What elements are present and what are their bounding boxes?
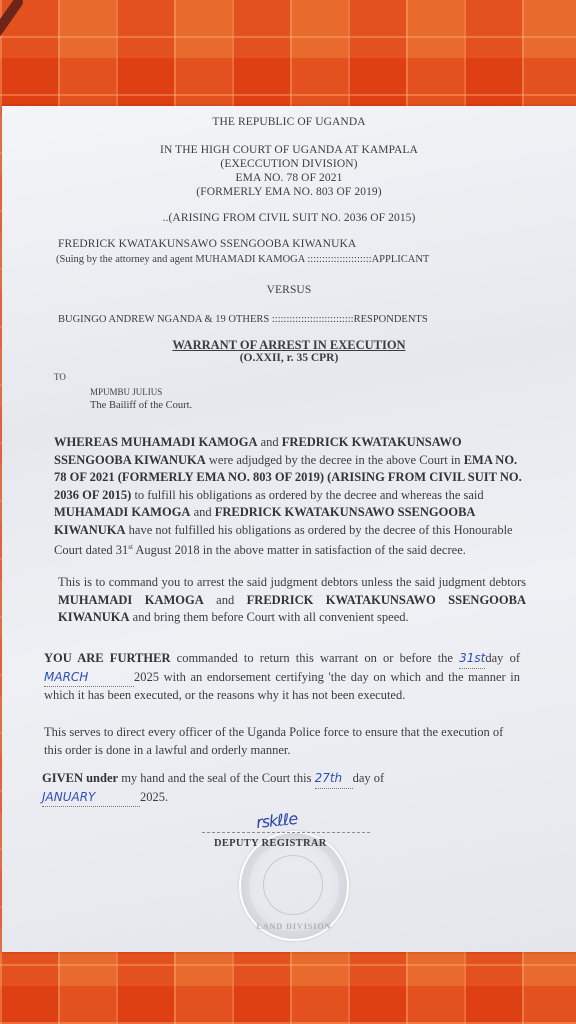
court-heading: IN THE HIGH COURT OF UGANDA AT KAMPALA: [2, 144, 576, 156]
warrant-title: WARRANT OF ARREST IN EXECUTION: [2, 338, 576, 353]
given-bold: GIVEN under: [42, 771, 118, 785]
given-under-paragraph: GIVEN under my hand and the seal of the …: [42, 770, 522, 807]
text: to fulfill his obligations as ordered by…: [131, 488, 483, 502]
text: were adjudged by the decree in the above…: [206, 453, 464, 467]
arising-from: ..(ARISING FROM CIVIL SUIT NO. 2036 OF 2…: [2, 212, 576, 224]
seal-text: LAND DIVISION: [241, 922, 347, 931]
text: commanded to return this warrant on or b…: [170, 651, 459, 665]
bailiff-name: MPUMBU JULIUS: [90, 387, 162, 397]
text: and: [204, 593, 247, 607]
bailiff-role: The Bailiff of the Court.: [90, 400, 192, 411]
police-directive: This serves to direct every officer of t…: [44, 724, 524, 759]
command-paragraph: This is to command you to arrest the sai…: [58, 574, 526, 627]
text: my hand and the seal of the Court this: [118, 771, 315, 785]
text: 2025.: [140, 790, 168, 804]
respondents-line: BUGINGO ANDREW NGANDA & 19 OTHERS ::::::…: [58, 314, 428, 325]
applicant-name: FREDRICK KWATAKUNSAWO SSENGOOBA KIWANUKA: [58, 238, 356, 250]
text: and: [190, 505, 214, 519]
signature-line: [202, 832, 370, 833]
warrant-document: THE REPUBLIC OF UGANDA IN THE HIGH COURT…: [2, 106, 576, 952]
ema-number: EMA NO. 78 OF 2021: [2, 172, 576, 184]
formerly-ema: (FORMERLY EMA NO. 803 OF 2019): [2, 186, 576, 198]
text: This is to command you to arrest the sai…: [58, 575, 526, 589]
judgment-debtor-1: MUHAMADI KAMOGA: [58, 593, 204, 607]
versus-label: VERSUS: [2, 284, 576, 296]
judgment-debtor-1: MUHAMADI KAMOGA: [54, 505, 190, 519]
text: and bring them before Court with all con…: [130, 610, 409, 624]
whereas-paragraph: WHEREAS MUHAMADI KAMOGA and FREDRICK KWA…: [54, 434, 524, 560]
handwritten-return-month: MARCH: [44, 670, 88, 684]
applicant-suing-line: (Suing by the attorney and agent MUHAMAD…: [56, 254, 429, 265]
text: day of: [353, 771, 385, 785]
text: day of: [485, 651, 520, 665]
registrar-signature: rskℓℓe: [255, 809, 298, 832]
text: and: [257, 435, 281, 449]
warrant-subtitle: (O.XXII, r. 35 CPR): [2, 352, 576, 364]
handwritten-return-day: 31st: [459, 651, 485, 665]
further-command-paragraph: YOU ARE FURTHER commanded to return this…: [44, 650, 520, 705]
to-label: TO: [54, 372, 66, 382]
handwritten-given-month: JANUARY: [42, 790, 95, 804]
division-heading: (EXECCUTION DIVISION): [2, 158, 576, 170]
judgment-debtor-1: WHEREAS MUHAMADI KAMOGA: [54, 435, 257, 449]
deputy-registrar-label: DEPUTY REGISTRAR: [214, 838, 327, 849]
text: August 2018 in the above matter in satis…: [133, 543, 466, 557]
seal-emblem: [263, 855, 323, 915]
republic-heading: THE REPUBLIC OF UGANDA: [2, 116, 576, 128]
handwritten-given-day: 27th: [315, 771, 343, 785]
further-bold: YOU ARE FURTHER: [44, 651, 170, 665]
